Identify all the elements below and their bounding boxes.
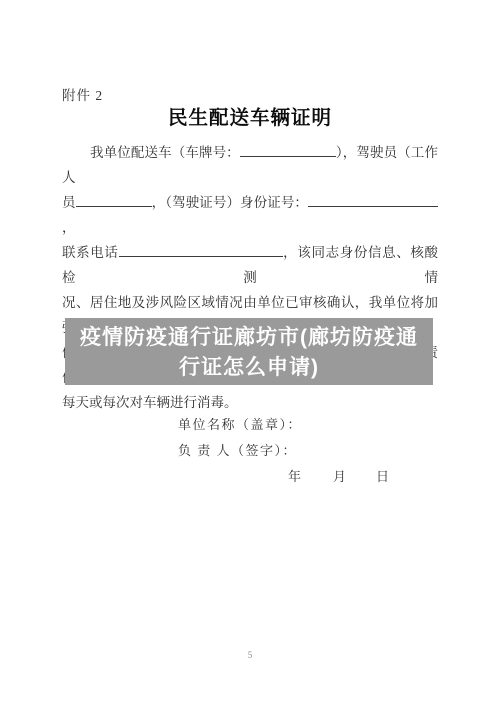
body-text: ，（驾驶证号）身份证号：: [152, 195, 308, 210]
document-title: 民生配送车辆证明: [0, 102, 500, 130]
responsible-person-label: 负 责 人（签字）：: [178, 440, 297, 459]
body-line: 我单位配送车（车牌号：），驾驶员（工作人: [62, 140, 438, 190]
day-label: 日: [376, 466, 389, 485]
body-text: 每天或每次对车辆进行消毒。: [62, 395, 238, 410]
month-label: 月: [333, 466, 346, 485]
year-label: 年: [288, 466, 301, 485]
overlay-banner: 疫情防疫通行证廊坊市(廊坊防疫通 行证怎么申请): [65, 318, 433, 385]
page-number: 5: [0, 650, 500, 660]
fill-in-blank: [119, 243, 283, 257]
body-line: 员，（驾驶证号）身份证号：，: [62, 190, 438, 240]
banner-text-line: 行证怎么申请): [65, 353, 433, 383]
body-text: 联系电话: [62, 245, 119, 260]
body-line: 联系电话，该同志身份信息、核酸检测情: [62, 240, 438, 290]
body-text: 员: [62, 195, 76, 210]
attachment-label: 附件 2: [62, 84, 103, 104]
body-text: 我单位配送车（车牌号：: [90, 145, 240, 160]
fill-in-blank: [76, 193, 152, 207]
body-text: ，: [62, 220, 76, 235]
fill-in-blank: [240, 143, 336, 157]
body-line: 每天或每次对车辆进行消毒。: [62, 390, 438, 415]
document-page: 附件 2 民生配送车辆证明 我单位配送车（车牌号：），驾驶员（工作人员，（驾驶证…: [0, 0, 500, 706]
fill-in-blank: [308, 193, 438, 207]
unit-name-label: 单位名称（盖章）：: [178, 414, 302, 433]
banner-text-line: 疫情防疫通行证廊坊市(廊坊防疫通: [65, 323, 433, 353]
